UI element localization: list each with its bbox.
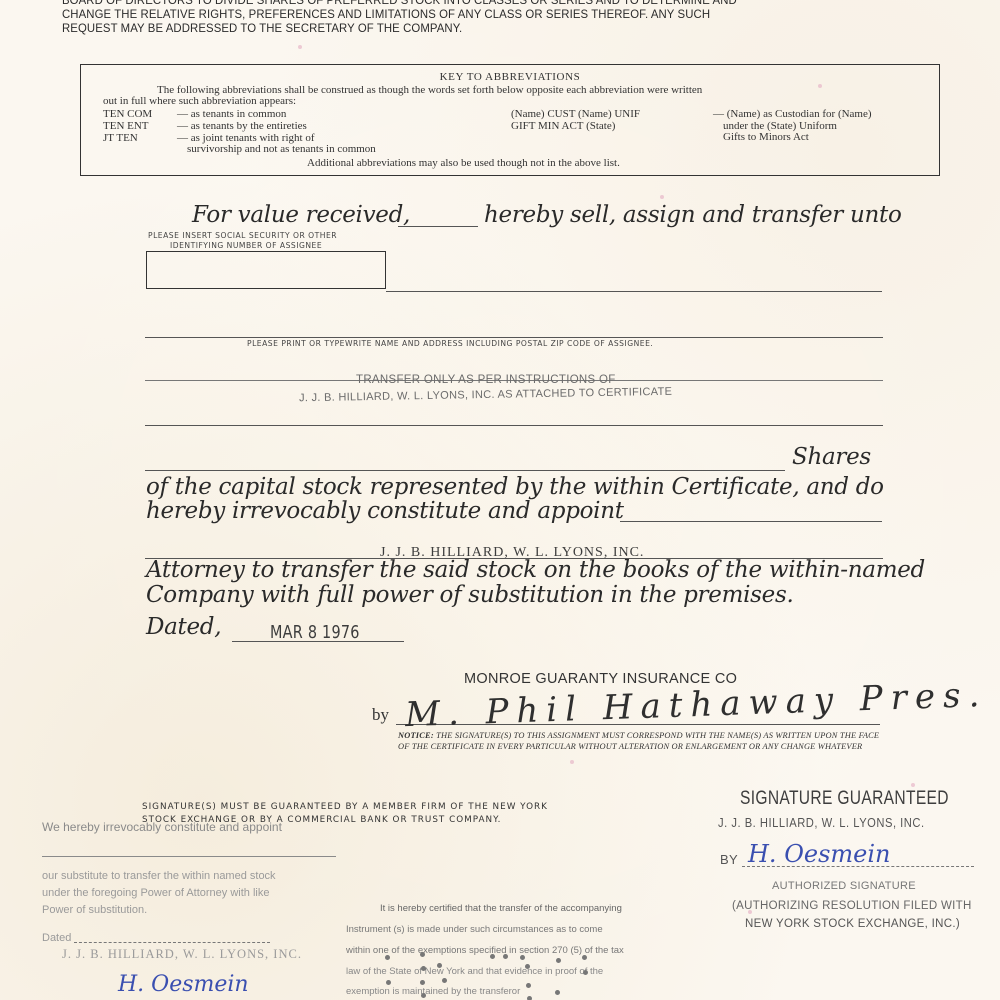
assignee-line[interactable] — [386, 291, 882, 292]
guarantor-by-label: BY — [720, 852, 738, 867]
substitution-stamp-line: We hereby irrevocably constitute and app… — [42, 820, 282, 834]
key-intro: out in full where such abbreviation appe… — [103, 95, 296, 107]
abbreviations-key-box: KEY TO ABBREVIATIONS The following abbre… — [80, 64, 940, 176]
top-notice: BOARD OF DIRECTORS TO DIVIDE SHARES OF P… — [62, 0, 905, 36]
abbr-cust: (Name) CUST (Name) UNIF — [511, 108, 640, 120]
substitution-signature: H. Oesmein — [118, 972, 249, 997]
abbr-jt-ten: JT TEN — [103, 132, 138, 144]
guarantor-signature: H. Oesmein — [748, 840, 890, 868]
attorney-transfer-text: Attorney to transfer the said stock on t… — [146, 557, 925, 583]
signature-notice: NOTICE: THE SIGNATURE(S) TO THIS ASSIGNM… — [398, 730, 888, 752]
notice-label: NOTICE: — [398, 731, 434, 740]
top-notice-line: CHANGE THE RELATIVE RIGHTS, PREFERENCES … — [62, 8, 905, 22]
top-notice-line: BOARD OF DIRECTORS TO DIVIDE SHARES OF P… — [62, 0, 905, 8]
tax-certification-line: law of the State of New York and that ev… — [346, 966, 603, 977]
abbr-meaning: Gifts to Minors Act — [723, 131, 809, 143]
substitute-line[interactable] — [42, 856, 336, 857]
abbr-gift-min-act: GIFT MIN ACT (State) — [511, 120, 615, 132]
resolution-text: NEW YORK STOCK EXCHANGE, INC.) — [745, 918, 960, 930]
dated-value: MAR 8 1976 — [270, 622, 360, 643]
tax-certification-line: exemption is maintained by the transfero… — [346, 986, 520, 997]
top-notice-line: REQUEST MAY BE ADDRESSED TO THE SECRETAR… — [62, 22, 905, 36]
name-address-label: PLEASE PRINT OR TYPEWRITE NAME AND ADDRE… — [247, 339, 653, 348]
abbr-ten-com: TEN COM — [103, 108, 152, 120]
abbr-meaning: survivorship and not as tenants in commo… — [187, 143, 376, 155]
resolution-text: (AUTHORIZING RESOLUTION FILED WITH — [732, 900, 972, 912]
transfer-instructions-stamp: TRANSFER ONLY AS PER INSTRUCTIONS OF — [356, 374, 616, 386]
assignor-blank-line[interactable] — [398, 226, 478, 227]
capital-stock-text: of the capital stock represented by the … — [146, 474, 884, 500]
tax-certification-line: It is hereby certified that the transfer… — [380, 903, 622, 914]
substitution-dated-line[interactable] — [74, 942, 270, 943]
full-power-text: Company with full power of substitution … — [146, 582, 793, 608]
ssn-input-box[interactable] — [146, 251, 386, 289]
substitution-stamp-line: Power of substitution. — [42, 904, 147, 916]
ssn-label: IDENTIFYING NUMBER OF ASSIGNEE — [170, 241, 322, 250]
substitution-stamp-line: under the foregoing Power of Attorney wi… — [42, 887, 269, 899]
signature-guaranteed-title: SIGNATURE GUARANTEED — [740, 788, 949, 810]
abbr-meaning: — as tenants by the entireties — [177, 120, 307, 132]
assignee-address-line-2[interactable] — [145, 425, 883, 426]
abbr-meaning: — (Name) as Custodian for (Name) — [713, 108, 872, 120]
sell-assign-transfer-text: hereby sell, assign and transfer unto — [484, 202, 902, 228]
tax-certification-line: Instrument (s) is made under such circum… — [346, 924, 603, 935]
for-value-received-text: For value received, — [192, 202, 410, 228]
authorized-signature-label: AUTHORIZED SIGNATURE — [772, 880, 916, 892]
notice-text: THE SIGNATURE(S) TO THIS ASSIGNMENT MUST… — [398, 731, 879, 751]
ssn-label: PLEASE INSERT SOCIAL SECURITY OR OTHER — [148, 231, 337, 240]
transfer-instructions-stamp: J. J. B. HILLIARD, W. L. LYONS, INC. AS … — [299, 386, 672, 405]
assignee-name-line[interactable] — [145, 337, 883, 338]
dated-label: Dated, — [146, 614, 221, 640]
guarantor-firm: J. J. B. HILLIARD, W. L. LYONS, INC. — [718, 815, 925, 830]
attorney-appoint-line[interactable] — [620, 521, 882, 522]
shares-count-line[interactable] — [145, 470, 785, 471]
substitution-stamp-line: our substitute to transfer the within na… — [42, 870, 276, 882]
key-title: KEY TO ABBREVIATIONS — [81, 71, 939, 83]
by-label: by — [372, 705, 389, 725]
substitution-dated-label: Dated — [42, 932, 71, 944]
shares-word: Shares — [792, 444, 871, 470]
guarantee-requirement: SIGNATURE(S) MUST BE GUARANTEED BY A MEM… — [142, 802, 548, 812]
irrevocably-appoint-text: hereby irrevocably constitute and appoin… — [146, 498, 624, 524]
dated-line[interactable] — [232, 641, 404, 642]
substitution-firm: J. J. B. HILLIARD, W. L. LYONS, INC. — [62, 947, 302, 962]
key-footer: Additional abbreviations may also be use… — [307, 157, 620, 169]
abbr-ten-ent: TEN ENT — [103, 120, 149, 132]
abbr-meaning: — as tenants in common — [177, 108, 286, 120]
